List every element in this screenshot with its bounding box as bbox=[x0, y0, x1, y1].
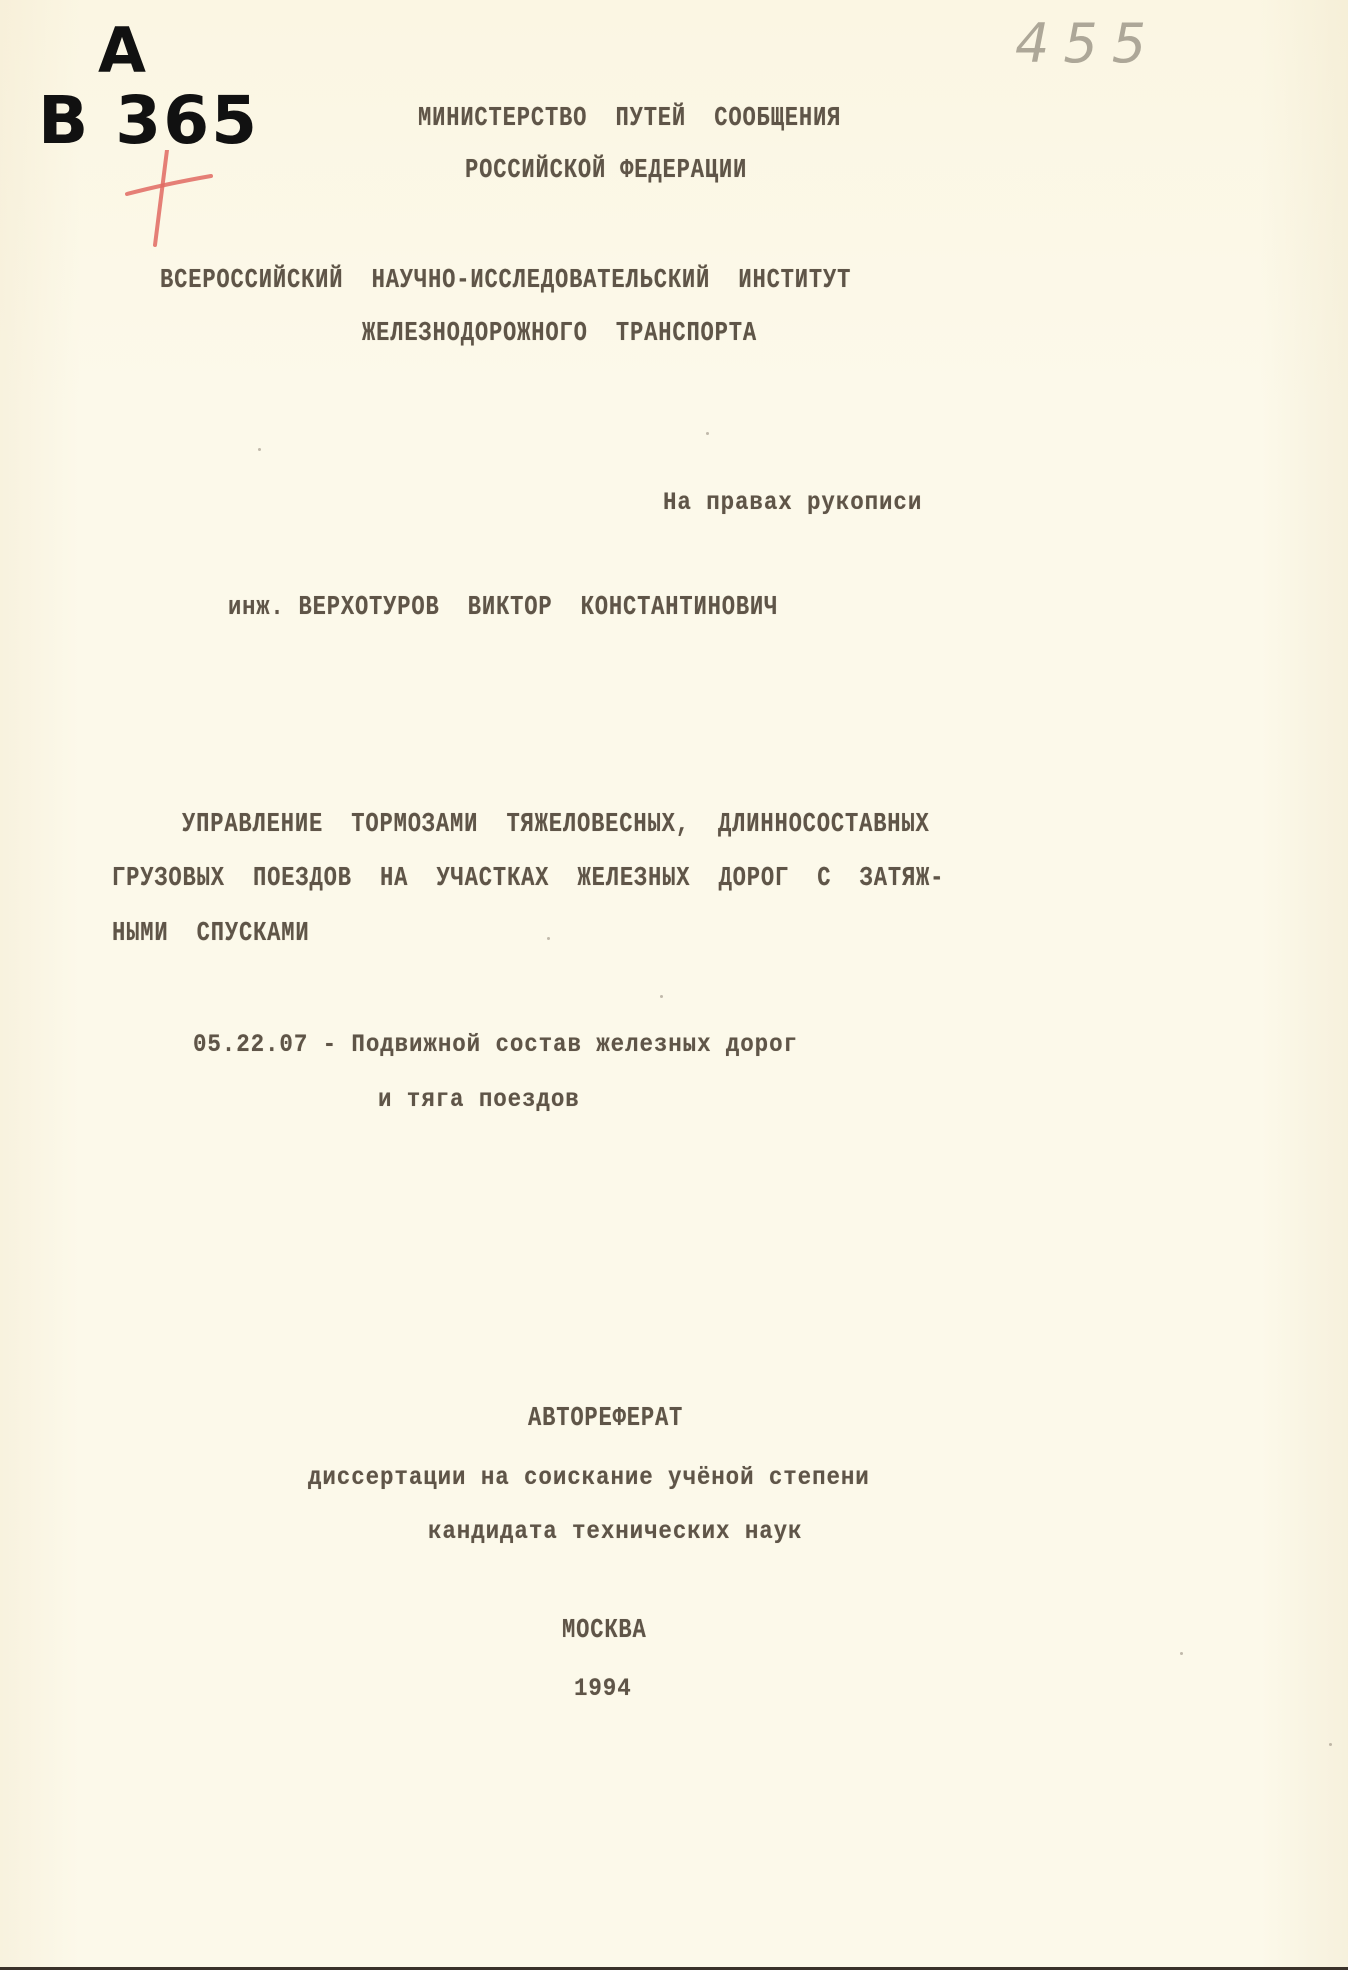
institute-line-2: ЖЕЛЕЗНОДОРОЖНОГО ТРАНСПОРТА bbox=[362, 319, 757, 349]
pencil-page-number: 455 bbox=[1015, 12, 1160, 75]
handwritten-code: B 365 bbox=[38, 82, 259, 159]
red-cross-mark bbox=[125, 150, 225, 250]
specialty-line-2: и тяга поездов bbox=[378, 1085, 580, 1114]
scan-speck bbox=[1329, 1743, 1332, 1746]
scan-speck bbox=[547, 937, 550, 940]
ministry-line-2: РОССИЙСКОЙ ФЕДЕРАЦИИ bbox=[465, 156, 747, 186]
doc-type-heading: АВТОРЕФЕРАТ bbox=[528, 1404, 683, 1434]
dissertation-title-line-1: УПРАВЛЕНИЕ ТОРМОЗАМИ ТЯЖЕЛОВЕСНЫХ, ДЛИНН… bbox=[182, 810, 930, 840]
year: 1994 bbox=[574, 1674, 632, 1703]
dissertation-title-line-3: НЫМИ СПУСКАМИ bbox=[112, 919, 309, 949]
city: МОСКВА bbox=[562, 1616, 647, 1646]
scan-speck bbox=[1180, 1652, 1183, 1655]
dissertation-title-line-2: ГРУЗОВЫХ ПОЕЗДОВ НА УЧАСТКАХ ЖЕЛЕЗНЫХ ДО… bbox=[112, 864, 944, 894]
specialty-line-1: 05.22.07 - Подвижной состав железных дор… bbox=[193, 1030, 798, 1059]
scan-speck bbox=[258, 448, 261, 451]
document-page: A B 365 455 МИНИСТЕРСТВО ПУТЕЙ СООБЩЕНИЯ… bbox=[0, 0, 1348, 1970]
author-name: инж. ВЕРХОТУРОВ ВИКТОР КОНСТАНТИНОВИЧ bbox=[228, 593, 778, 623]
doc-type-line-2: кандидата технических наук bbox=[428, 1517, 802, 1546]
rights-note: На правах рукописи bbox=[663, 488, 922, 517]
handwritten-letter: A bbox=[98, 14, 146, 87]
ministry-line-1: МИНИСТЕРСТВО ПУТЕЙ СООБЩЕНИЯ bbox=[418, 104, 841, 134]
institute-line-1: ВСЕРОССИЙСКИЙ НАУЧНО-ИССЛЕДОВАТЕЛЬСКИЙ И… bbox=[160, 266, 851, 296]
doc-type-line-1: диссертации на соискание учёной степени bbox=[308, 1463, 870, 1492]
scan-speck bbox=[706, 432, 709, 435]
scan-speck bbox=[660, 995, 663, 998]
